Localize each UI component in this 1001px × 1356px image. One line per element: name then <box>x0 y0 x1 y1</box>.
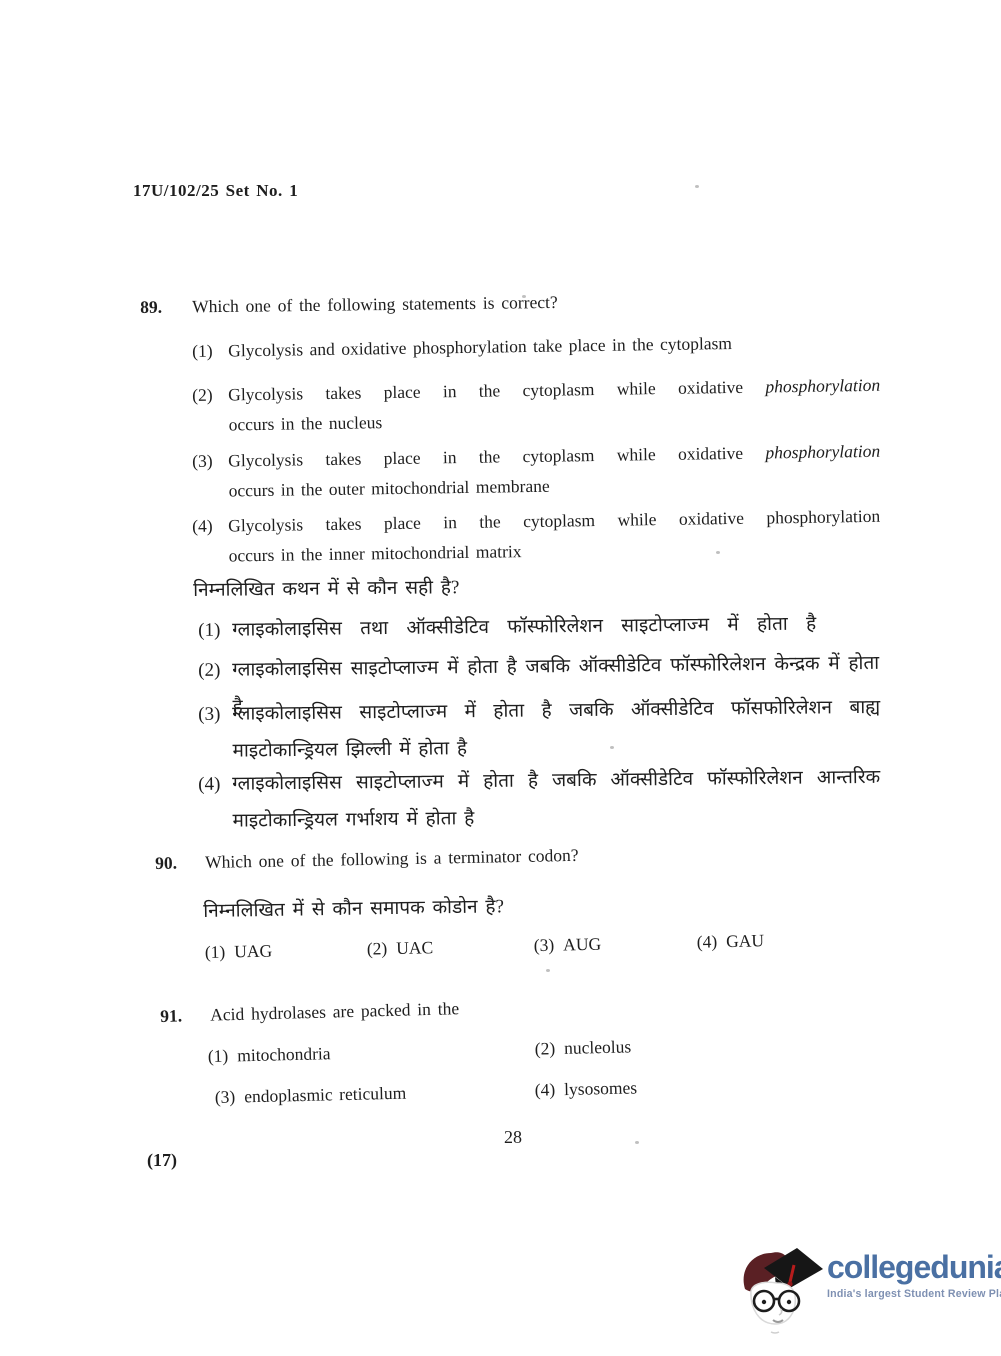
q89-option-2-en: (2) Glycolysis takes place in the cytopl… <box>192 370 881 440</box>
question-number: 89. <box>140 296 192 318</box>
option-text: Glycolysis takes place in the cytoplasm … <box>228 370 881 440</box>
option-text: Glycolysis and oxidative phosphorylation… <box>228 326 847 365</box>
q91-option-4: (4)lysosomes <box>535 1077 638 1100</box>
question-89-row: 89. Which one of the following statement… <box>140 288 900 318</box>
question-number: 91. <box>160 1005 211 1027</box>
collegedunia-mascot-icon <box>737 1243 823 1340</box>
logo-text-block: collegedunia .com India's largest Studen… <box>827 1251 1001 1300</box>
q90-option-2: (2)UAC <box>367 937 434 959</box>
q89-option-3-en: (3) Glycolysis takes place in the cytopl… <box>192 436 881 506</box>
brand-tagline: India's largest Student Review Platform <box>827 1288 1001 1300</box>
scan-speck <box>610 746 614 749</box>
brand-name: collegedunia <box>827 1251 1001 1283</box>
option-label: (3) <box>198 696 233 770</box>
question-text-hi: निम्नलिखित कथन में से कौन सही है? <box>193 569 460 609</box>
scan-speck <box>716 551 720 554</box>
q89-option-4-hi: (4) ग्लाइकोलाइसिस साइटोप्लाज्म में होता … <box>198 759 881 840</box>
collegedunia-logo: collegedunia .com India's largest Studen… <box>737 1243 999 1329</box>
q91-option-1: (1)mitochondria <box>208 1043 331 1067</box>
q90-option-4: (4)GAU <box>697 930 765 952</box>
scan-speck <box>695 185 699 188</box>
option-label: (1) <box>192 335 228 366</box>
option-text: Glycolysis takes place in the cytoplasm … <box>228 436 881 506</box>
q90-options-row: (1)UAG (2)UAC (3)AUG (4)GAU <box>0 925 1001 980</box>
q90-option-1: (1)UAG <box>205 941 273 963</box>
q89-option-1-en: (1) Glycolysis and oxidative phosphoryla… <box>192 326 847 366</box>
scan-speck <box>522 295 526 298</box>
option-text: Glycolysis takes place in the cytoplasm … <box>228 501 881 571</box>
q89-option-3-hi: (3) ग्लाइकोलाइसिस साइटोप्लाज्म में होता … <box>198 689 881 770</box>
option-text: ग्लाइकोलाइसिस साइटोप्लाज्म में होता है ज… <box>232 759 881 840</box>
option-text: ग्लाइकोलाइसिस तथा ऑक्सीडेटिव फॉस्फोरिलेश… <box>232 606 816 649</box>
option-label: (1) <box>198 612 232 649</box>
question-90-row: 90. Which one of the following is a term… <box>155 838 915 874</box>
scan-speck <box>546 969 550 972</box>
option-label: (4) <box>192 510 229 571</box>
question-text-en: Acid hydrolases are packed in the <box>210 998 459 1026</box>
option-label: (3) <box>192 445 229 506</box>
q89-option-1-hi: (1) ग्लाइकोलाइसिस तथा ऑक्सीडेटिव फॉस्फोर… <box>198 606 816 649</box>
question-number: 90. <box>155 852 205 874</box>
scan-speck <box>635 1141 639 1144</box>
question-text-hi: निम्नलिखित में से कौन समापक कोडोन है? <box>203 888 504 930</box>
brand-row: collegedunia .com <box>827 1251 1001 1283</box>
option-label: (2) <box>192 379 229 440</box>
option-label: (4) <box>198 766 233 840</box>
q90-option-3: (3)AUG <box>534 934 602 956</box>
option-text: ग्लाइकोलाइसिस साइटोप्लाज्म में होता है ज… <box>232 689 881 770</box>
question-text-en: Which one of the following statements is… <box>192 292 558 317</box>
page-number: 28 <box>504 1127 522 1148</box>
q89-option-4-en: (4) Glycolysis takes place in the cytopl… <box>192 501 881 571</box>
q91-option-2: (2)nucleolus <box>535 1036 632 1059</box>
q91-option-3: (3)endoplasmic reticulum <box>215 1083 407 1108</box>
question-91-row: 91. Acid hydrolases are packed in the <box>160 990 760 1027</box>
sheet-number: (17) <box>147 1150 177 1171</box>
question-text-en: Which one of the following is a terminat… <box>205 845 579 873</box>
paper-code: 17U/102/25 Set No. 1 <box>133 181 298 201</box>
